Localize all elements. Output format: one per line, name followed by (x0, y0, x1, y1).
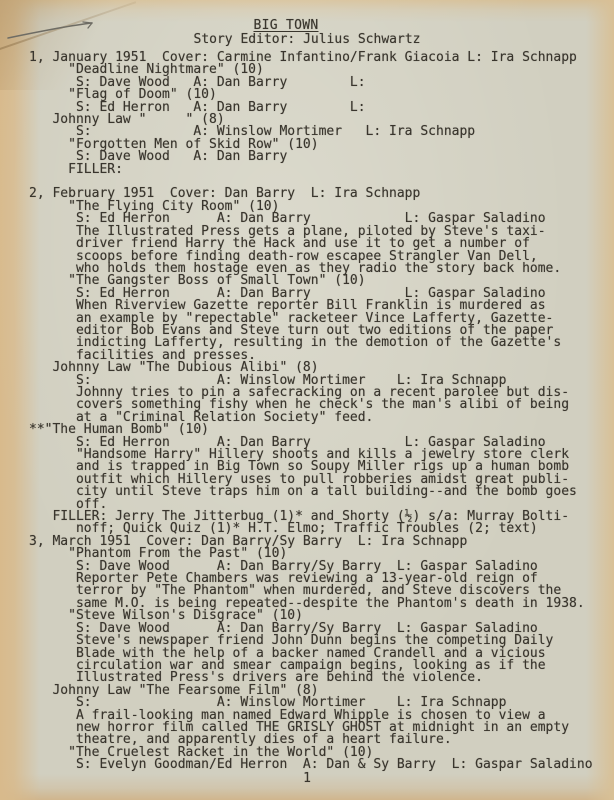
document-title-text: BIG TOWN (253, 19, 318, 32)
story-editor-line: Story Editor: Julius Schwartz (0, 33, 614, 46)
page-number: 1 (0, 772, 614, 785)
typescript-body: 1, January 1951 Cover: Carmine Infantino… (29, 52, 593, 772)
scanned-paper-page: BIG TOWN Story Editor: Julius Schwartz 1… (0, 0, 614, 800)
document-title: BIG TOWN (0, 19, 614, 32)
